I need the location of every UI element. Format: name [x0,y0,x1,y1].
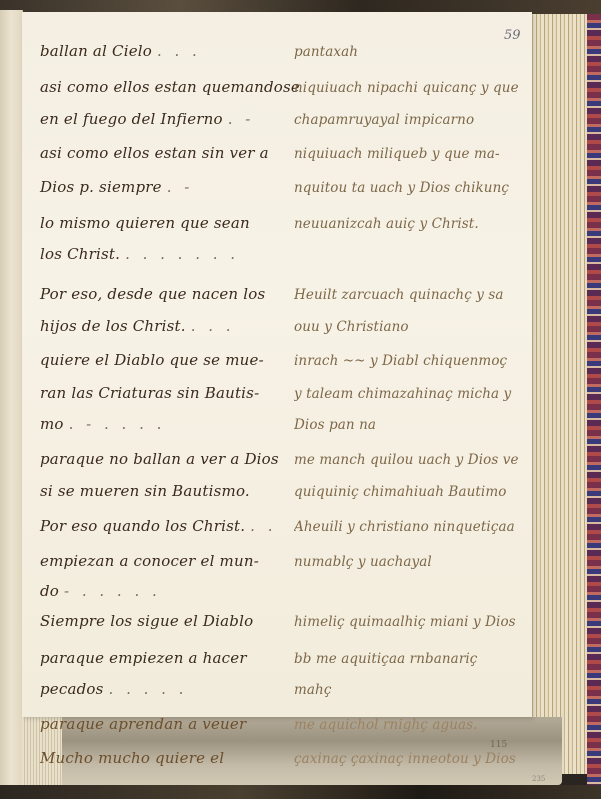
spanish-text: si se mueren sin Bautismo. [40,482,250,500]
native-translation: çaxinaç çaxinaç inneotou y Dios [294,751,526,767]
native-translation: mahç [294,682,526,698]
vocabulary-row: Por eso quando los Christ. . .Aheuili y … [40,517,530,547]
spanish-text: paraque aprendan a veuer [40,715,246,733]
dot-leader: . - [228,110,255,128]
spanish-phrase: Siempre los sigue el Diablo [40,612,294,630]
native-translation: me manch quilou uach y Dios ve [294,452,526,468]
spanish-text: lo mismo quieren que sean [40,214,250,232]
native-translation: me aquichol rnighç aguas. [294,717,526,733]
vocabulary-row: ran las Criaturas sin Bautis- y taleam c… [40,384,530,414]
spanish-text: Dios p. siempre [40,178,162,196]
corner-stamp: 235 [532,775,545,783]
spanish-text: ballan al Cielo [40,42,152,60]
spanish-text: mo [40,415,64,433]
spanish-phrase: Mucho mucho quiere el [40,749,294,767]
vocabulary-row: Siempre los sigue el Diablo himeliç quim… [40,612,530,642]
spanish-text: paraque empiezen a hacer [40,649,247,667]
native-translation: Dios pan na [294,417,526,433]
native-translation: inrach ~~ y Diabl chiquenmoç [294,353,526,369]
spanish-phrase: quiere el Diablo que se mue- [40,351,294,369]
spanish-phrase: hijos de los Christ. . . . [40,317,294,335]
native-translation: neuuanizcah auiç y Christ. [294,216,526,232]
dot-leader: . . . . . [109,680,188,698]
vocabulary-row: quiere el Diablo que se mue- inrach ~~ y… [40,351,530,381]
spanish-phrase: Dios p. siempre . - [40,178,294,196]
folio-mark: 115 [490,740,507,750]
vocabulary-row: hijos de los Christ. . . .ouu y Christia… [40,317,530,347]
vocabulary-row: ballan al Cielo . . .pantaxah [40,42,530,72]
native-translation: ouu y Christiano [294,319,526,335]
spanish-phrase: los Christ. . . . . . . . [40,245,294,263]
spanish-text: empiezan a conocer el mun- [40,552,259,570]
vocabulary-row: empiezan a conocer el mun- numablç y uac… [40,552,530,582]
spanish-phrase: do - . . . . . [40,582,294,600]
spanish-phrase: lo mismo quieren que sean [40,214,294,232]
spanish-text: do [40,582,59,600]
vocabulary-row: pecados . . . . .mahç [40,680,530,710]
spanish-text: en el fuego del Infierno [40,110,223,128]
vocabulary-row: lo mismo quieren que sean neuuanizcah au… [40,214,530,244]
native-translation: pantaxah [294,44,526,60]
dot-leader: . . [250,517,276,535]
vocabulary-row: asi como ellos estan sin ver a niquiuach… [40,144,530,174]
spanish-phrase: asi como ellos estan sin ver a [40,144,294,162]
spanish-text: paraque no ballan a ver a Dios [40,450,279,468]
vocabulary-row: mo . - . . . .Dios pan na [40,415,530,445]
binding-bottom-edge [0,785,601,799]
dot-leader: . - . . . . [69,415,166,433]
vocabulary-row: paraque no ballan a ver a Dios me manch … [40,450,530,480]
dot-leader: . - [167,178,194,196]
spanish-phrase: ran las Criaturas sin Bautis- [40,384,294,402]
spanish-text: los Christ. [40,245,120,263]
native-translation: quiquiniç chimahiuah Bautimo [294,484,526,500]
vocabulary-row: Por eso, desde que nacen los Heuilt zarc… [40,285,530,315]
native-translation: y taleam chimazahinaç micha y [294,386,526,402]
spanish-phrase: ballan al Cielo . . . [40,42,294,60]
spanish-phrase: paraque empiezen a hacer [40,649,294,667]
dot-leader: . . . . . . . [125,245,239,263]
spanish-text: Mucho mucho quiere el [40,749,224,767]
spanish-text: Siempre los sigue el Diablo [40,612,253,630]
spanish-text: pecados [40,680,104,698]
spanish-phrase: pecados . . . . . [40,680,294,698]
spanish-phrase: paraque aprendan a veuer [40,715,294,733]
spanish-text: ran las Criaturas sin Bautis- [40,384,259,402]
vocabulary-row: paraque empiezen a hacer bb me aquitiçaa… [40,649,530,679]
spanish-text: asi como ellos estan sin ver a [40,144,269,162]
spanish-phrase: Por eso, desde que nacen los [40,285,294,303]
native-translation: niquiuach nipachi quicanç y que [294,80,526,96]
spanish-text: Por eso, desde que nacen los [40,285,265,303]
native-translation: numablç y uachayal [294,554,526,570]
spanish-text: hijos de los Christ. [40,317,186,335]
spanish-text: asi como ellos estan quemandose [40,78,300,96]
vocabulary-row: Dios p. siempre . -nquitou ta uach y Dio… [40,178,530,208]
dot-leader: - . . . . . [64,582,161,600]
spanish-phrase: mo . - . . . . [40,415,294,433]
native-translation: niquiuach miliqueb y que ma- [294,146,526,162]
gutter-margin [0,10,23,790]
marbled-endpaper [587,14,601,785]
page-number: 59 [504,28,521,43]
spanish-phrase: si se mueren sin Bautismo. [40,482,294,500]
vocabulary-row: Mucho mucho quiere el çaxinaç çaxinaç in… [40,749,530,779]
vocabulary-row: do - . . . . . [40,582,530,612]
vocabulary-row: paraque aprendan a veuer me aquichol rni… [40,715,530,745]
dot-leader: . . . [157,42,201,60]
vocabulary-row: los Christ. . . . . . . . [40,245,530,275]
spanish-phrase: Por eso quando los Christ. . . [40,517,294,535]
vocabulary-row: asi como ellos estan quemandose niquiuac… [40,78,530,108]
native-translation: bb me aquitiçaa rnbanariç [294,651,526,667]
spanish-text: quiere el Diablo que se mue- [40,351,264,369]
native-translation: chapamruyayal impicarno [294,112,526,128]
native-translation: himeliç quimaalhiç miani y Dios [294,614,526,630]
native-translation: nquitou ta uach y Dios chikunç [294,180,526,196]
vocabulary-row: en el fuego del Infierno . -chapamruyaya… [40,110,530,140]
spanish-phrase: empiezan a conocer el mun- [40,552,294,570]
spanish-phrase: paraque no ballan a ver a Dios [40,450,294,468]
vocabulary-row: si se mueren sin Bautismo. quiquiniç chi… [40,482,530,512]
spanish-text: Por eso quando los Christ. [40,517,245,535]
spanish-phrase: en el fuego del Infierno . - [40,110,294,128]
native-translation: Aheuili y christiano ninquetiçaa [294,519,526,535]
native-translation: Heuilt zarcuach quinachç y sa [294,287,526,303]
spanish-phrase: asi como ellos estan quemandose [40,78,294,96]
dot-leader: . . . [191,317,235,335]
